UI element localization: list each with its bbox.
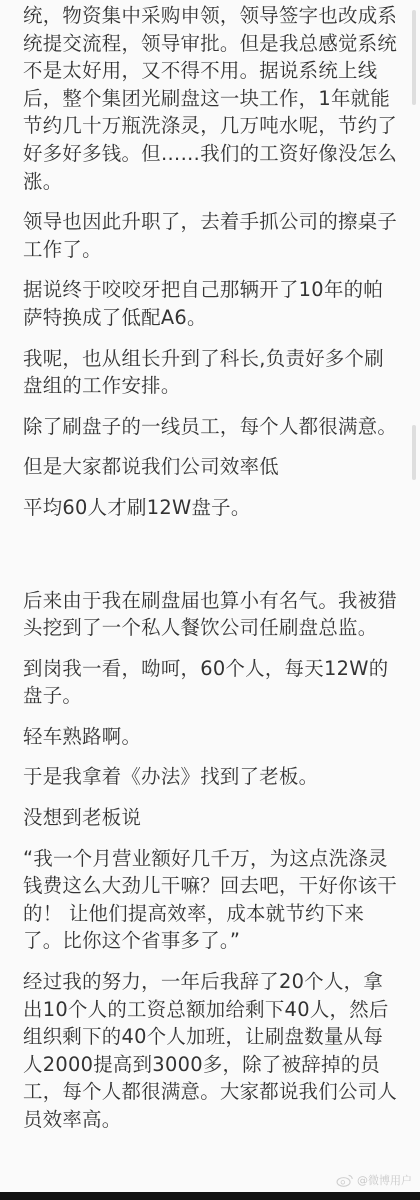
paragraph: 于是我拿着《办法》找到了老板。 [23,763,398,791]
watermark: @微博用户 [336,1172,412,1188]
paragraph: “我一个月营业额好几千万，为这点洗涤灵钱费这么大劲儿干嘛？回去吧，干好你该干的！… [23,845,398,955]
paragraph: 我呢，也从组长升到了科长,负责好多个刷盘组的工作安排。 [23,345,398,400]
paragraph: 平均60人才刷12W盘子。 [23,494,398,522]
scrollbar-thumb[interactable] [412,10,416,105]
paragraph: 经过我的努力，一年后我辞了20个人，拿出10个人的工资总额加给剩下40人，然后组… [23,968,398,1134]
paragraph: 没想到老板说 [23,804,398,832]
weibo-logo-icon [336,1174,354,1187]
paragraph: 统，物资集中采购申领，领导签字也改成系统提交流程，领导审批。但是我总感觉系统不是… [23,2,398,195]
paragraph: 除了刷盘子的一线员工，每个人都很满意。 [23,413,398,441]
paragraph: 后来由于我在刷盘届也算小有名气。我被猎头挖到了一个私人餐饮公司任刷盘总监。 [23,587,398,642]
watermark-text: @微博用户 [357,1172,412,1188]
paragraph: 领导也因此升职了，去着手抓公司的擦桌子工作了。 [23,208,398,263]
paragraph: 但是大家都说我们公司效率低 [23,453,398,481]
scrollbar-thumb[interactable] [412,425,416,480]
paragraph-gap [23,535,398,587]
article-body: 统，物资集中采购申领，领导签字也改成系统提交流程，领导审批。但是我总感觉系统不是… [23,0,398,1147]
paragraph: 据说终于咬咬牙把自己那辆开了10年的帕萨特换成了低配A6。 [23,276,398,331]
paragraph: 轻车熟路啊。 [23,723,398,751]
paragraph: 到岗我一看，呦呵，60个人，每天12W的盘子。 [23,655,398,710]
bottom-bar [0,1192,420,1200]
